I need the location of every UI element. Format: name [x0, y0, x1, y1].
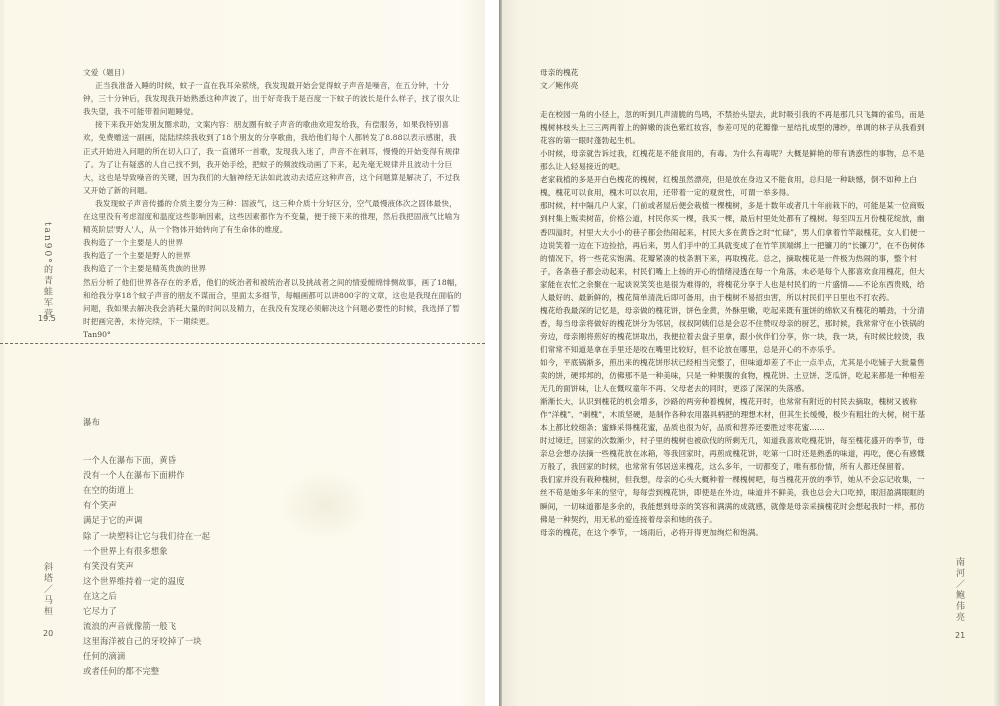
- article-paragraph: 时过境迁，回家的次数渐少，村子里的槐树也被砍伐的所剩无几，知道我喜欢吃槐花饼，每…: [540, 434, 932, 473]
- side-author: 斜塔／马桓: [41, 562, 54, 617]
- article-paragraph: 老家栽植的多是开白色槐花的槐树，红槐虽然漂亮，但是放在身边又不能食用，总归是一种…: [540, 173, 932, 199]
- poem-line: 满足于它的声调: [83, 513, 323, 528]
- poem-line: 这个世界维持着一定的温度: [83, 574, 323, 589]
- poem-line: 有笑没有笑声: [83, 559, 323, 574]
- essay-title: 文爱（题目）: [83, 66, 463, 79]
- essay-line: 我构造了一个主要是野人的世界: [83, 249, 463, 262]
- side-author: 南河／鲍伟亮: [953, 557, 966, 623]
- article-author: 文／鲍伟亮: [540, 79, 932, 92]
- magazine-spread: 文爱（题目） 正当我准备入睡的时候，蚊子一直在我耳朵萦绕，我发现最开始会觉得蚊子…: [0, 0, 1000, 706]
- poem-line: 没有一个人在瀑布下面耕作: [83, 468, 323, 483]
- article-paragraph: 小时候，母亲就告诉过我，红槐花是不能食用的，有毒。为什么有毒呢？大概是鲜艳的带有…: [540, 147, 932, 173]
- article-paragraph: 母亲的槐花，在这个季节，一场雨后，必将开得更加绚烂和饱满。: [540, 526, 932, 539]
- poem-line: 这里海洋被自己的牙咬掉了一块: [83, 634, 323, 649]
- poem-line: 在空的街道上: [83, 483, 323, 498]
- poem-section: 瀑布 一个人在瀑布下面，黄昏没有一个人在瀑布下面耕作在空的街道上有个笑声满足于它…: [83, 415, 323, 680]
- poem-line: 一个人在瀑布下面，黄昏: [83, 453, 323, 468]
- article-body: 走在校园一角的小径上，忽的听到几声清脆的鸟鸣，不禁抬头望去，此时吸引我的不再是那…: [540, 108, 932, 539]
- poem-line: 在这之后: [83, 589, 323, 604]
- right-page-edge: [994, 0, 1000, 706]
- side-date: 19.5: [38, 314, 56, 323]
- article-paragraph: 走在校园一角的小径上，忽的听到几声清脆的鸟鸣，不禁抬头望去，此时吸引我的不再是那…: [540, 108, 932, 147]
- side-signature: tan90°的青蛙军营: [41, 222, 54, 320]
- essay-paragraph: 接下来我开始发朋友圈求助，文案内容：朋友圈有蚊子声音的歌曲欢迎发给我，有偿服务，…: [83, 118, 463, 197]
- essay-paragraph: 我发现蚊子声音传播的介质主要分为三种：固液气，这三种介质十分好区分，空气最慢液体…: [83, 197, 463, 236]
- article-paragraph: 那时候，村中隔几户人家，门前或者屋后便会栽植一棵槐树，多是十数年或者几十年前栽下…: [540, 199, 932, 303]
- poem-line: 任何的滴滴: [83, 649, 323, 664]
- article-paragraph: 槐花给我最深的记忆是，母亲做的槐花饼，饼色金黄，外酥里嫩，吃起来既有蛋饼的绵软又…: [540, 304, 932, 356]
- left-page-edge: [0, 0, 4, 706]
- poem-line: 一个世界上有很多想象: [83, 544, 323, 559]
- article-title: 母亲的槐花: [540, 66, 932, 79]
- article-section: 母亲的槐花 文／鲍伟亮 走在校园一角的小径上，忽的听到几声清脆的鸟鸣，不禁抬头望…: [540, 66, 932, 539]
- poem-line: 除了一块塑料让它与我们待在一起: [83, 529, 323, 544]
- page-number: 20: [43, 629, 53, 638]
- essay-closing: 然后分析了他们世界各存在的矛盾，他们的统治者和被统治者以及挑战者之间的情爱缠绵悱…: [83, 276, 463, 328]
- article-paragraph: 渐渐长大，认识到槐花的机会增多，沙路的两旁种着槐树，槐花开时，也常常有附近的村民…: [540, 395, 932, 434]
- page-number: 21: [955, 631, 965, 640]
- article-paragraph: 如今，平底锅渐多，煎出来的槐花饼形状已经相当完整了，但味道却差了不止一点半点，尤…: [540, 356, 932, 395]
- poem-title: 瀑布: [83, 415, 323, 430]
- essay-section: 文爱（题目） 正当我准备入睡的时候，蚊子一直在我耳朵萦绕，我发现最开始会觉得蚊子…: [83, 66, 463, 341]
- essay-line: 我构造了一个主要是精英贵族的世界: [83, 262, 463, 275]
- article-paragraph: 我们家并没有栽种槐树，但我想，母亲的心头大概种着一棵槐树吧，每当槐花开放的季节，…: [540, 473, 932, 525]
- poem-line: 流浪的声音就像箭一般飞: [83, 619, 323, 634]
- poem-line: 有个笑声: [83, 498, 323, 513]
- essay-paragraph: 正当我准备入睡的时候，蚊子一直在我耳朵萦绕，我发现最开始会觉得蚊子声音是噪音，在…: [83, 79, 463, 118]
- essay-line: 我构造了一个主要是人的世界: [83, 236, 463, 249]
- dashed-divider: [0, 343, 485, 344]
- poem-line: 或者任何的都不完整: [83, 664, 323, 679]
- gutter-shadow: [499, 0, 502, 706]
- poem-line: 它尽力了: [83, 604, 323, 619]
- essay-signoff: Tan90°: [83, 328, 463, 341]
- gutter-gap: [485, 0, 499, 706]
- poem-lines: 一个人在瀑布下面，黄昏没有一个人在瀑布下面耕作在空的街道上有个笑声满足于它的声调…: [83, 453, 323, 679]
